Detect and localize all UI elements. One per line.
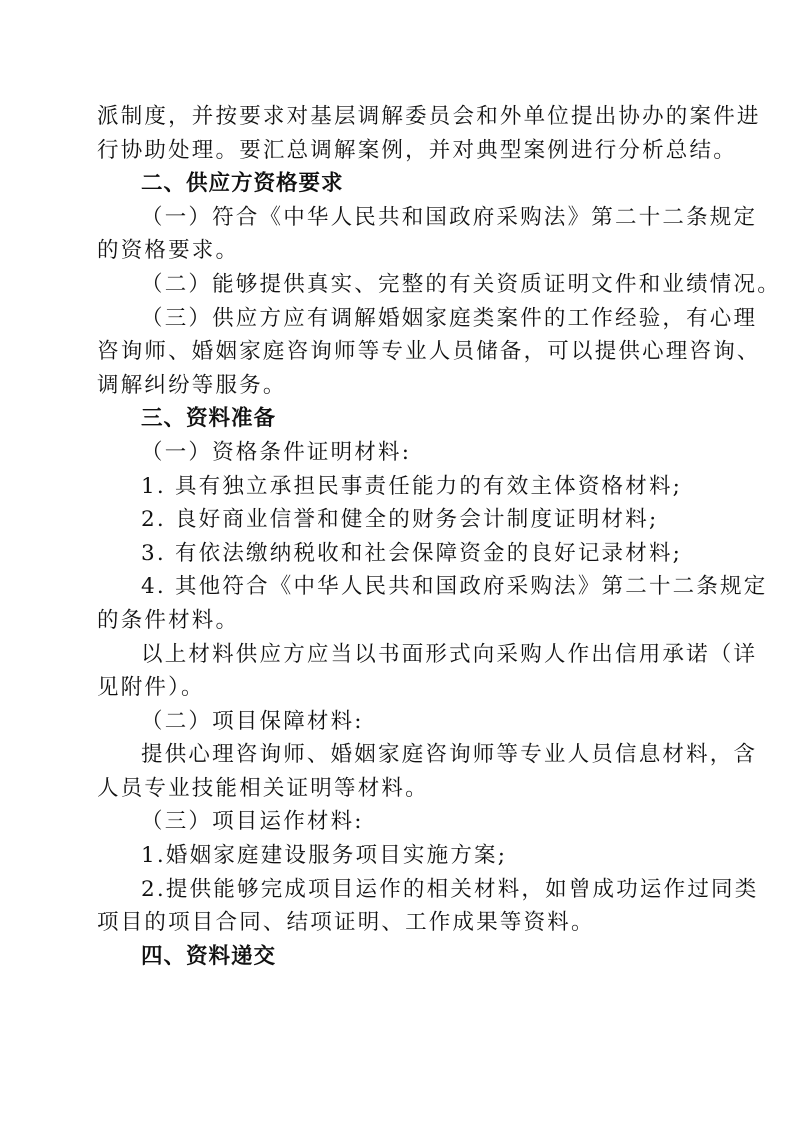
list-item: 1.婚姻家庭建设服务项目实施方案; <box>97 839 693 873</box>
list-item-cont: 的条件材料。 <box>97 604 693 638</box>
list-item: 2.提供能够完成项目运作的相关材料，如曾成功运作过同类 <box>97 873 693 907</box>
list-item: 3. 有依法缴纳税收和社会保障资金的良好记录材料; <box>97 537 693 571</box>
qualification-item-3: （三）供应方应有调解婚姻家庭类案件的工作经验，有心理 <box>97 302 693 336</box>
subsection-title-project-operation: （三）项目运作材料: <box>97 805 693 839</box>
section-heading-materials-preparation: 三、资料准备 <box>97 402 693 436</box>
credit-commitment-note-cont: 见附件）。 <box>97 671 693 705</box>
list-item-cont: 项目的项目合同、结项证明、工作成果等资料。 <box>97 906 693 940</box>
subsection-title-project-guarantee: （二）项目保障材料: <box>97 705 693 739</box>
list-item: 2. 良好商业信誉和健全的财务会计制度证明材料; <box>97 503 693 537</box>
subsection-title-qualification-proof: （一）资格条件证明材料: <box>97 436 693 470</box>
qualification-item-1-cont: 的资格要求。 <box>97 234 693 268</box>
qualification-item-2: （二）能够提供真实、完整的有关资质证明文件和业绩情况。 <box>97 268 693 302</box>
document-page: 派制度，并按要求对基层调解委员会和外单位提出协办的案件进 行协助处理。要汇总调解… <box>97 100 693 973</box>
credit-commitment-note: 以上材料供应方应当以书面形式向采购人作出信用承诺（详 <box>97 638 693 672</box>
qualification-item-1: （一）符合《中华人民共和国政府采购法》第二十二条规定 <box>97 201 693 235</box>
paragraph-line: 派制度，并按要求对基层调解委员会和外单位提出协办的案件进 <box>97 100 693 134</box>
list-item: 1. 具有独立承担民事责任能力的有效主体资格材料; <box>97 470 693 504</box>
qualification-item-3-cont: 咨询师、婚姻家庭咨询师等专业人员储备，可以提供心理咨询、 <box>97 335 693 369</box>
section-heading-materials-submission: 四、资料递交 <box>97 940 693 974</box>
paragraph-line: 行协助处理。要汇总调解案例，并对典型案例进行分析总结。 <box>97 134 693 168</box>
list-item: 4. 其他符合《中华人民共和国政府采购法》第二十二条规定 <box>97 570 693 604</box>
paragraph-line: 人员专业技能相关证明等材料。 <box>97 772 693 806</box>
qualification-item-3-cont: 调解纠纷等服务。 <box>97 369 693 403</box>
paragraph-line: 提供心理咨询师、婚姻家庭咨询师等专业人员信息材料，含 <box>97 738 693 772</box>
section-heading-supplier-qualifications: 二、供应方资格要求 <box>97 167 693 201</box>
